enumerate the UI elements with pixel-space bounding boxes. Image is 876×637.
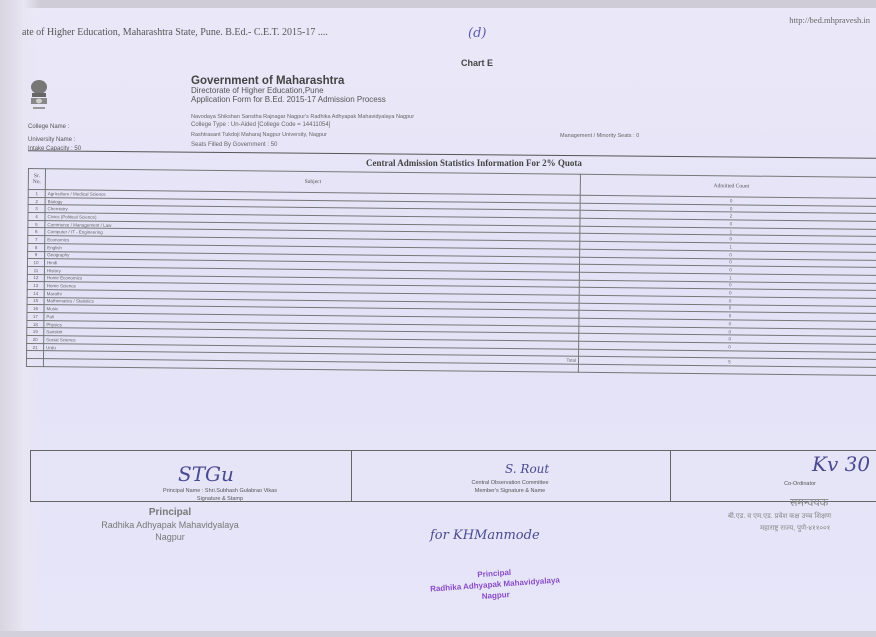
cell-sr: 18 (27, 320, 44, 328)
cell-empty (27, 351, 44, 359)
scan-edge-bottom (0, 631, 876, 637)
coordinator-hindi-line2: महाराष्ट्र राज्य, पुणे-४११००१ (760, 524, 830, 533)
scan-edge (0, 0, 876, 8)
college-name-value: Navodaya Shikshan Sanstha Rajnagar Nagpu… (191, 114, 414, 120)
table-title: Central Admission Statistics Information… (366, 158, 582, 168)
principal-stamp: Principal Radhika Adhyapak Mahavidyalaya… (95, 507, 245, 543)
principal-name: Principal Name : Shri.Subhash Gulabrao V… (100, 488, 340, 494)
cell-sr: 20 (27, 336, 44, 344)
principal-signature: STGu (178, 462, 234, 486)
committee-label: Central Observation Committee (410, 480, 610, 486)
print-header: ate of Higher Education, Maharashtra Sta… (22, 27, 328, 38)
coordinator-label: Co-Ordinator (770, 481, 830, 487)
cell-sr: 14 (27, 289, 44, 297)
application-title: Application Form for B.Ed. 2015-17 Admis… (191, 96, 386, 105)
cell-sr: 9 (28, 251, 45, 259)
coordinator-hindi-title: समन्वयक (790, 495, 828, 510)
cell-sr: 21 (27, 343, 44, 351)
cell-sr: 10 (27, 259, 44, 267)
handwritten-for: for KHManmode (430, 528, 540, 543)
purple-stamp: Principal Radhika Adhyapak Mahavidyalaya… (419, 563, 571, 606)
college-type: College Type : Un-Aided [College Code = … (191, 122, 330, 128)
cell-sr: 8 (28, 243, 45, 251)
state-emblem-icon (28, 78, 50, 116)
university-label: University Name : (28, 137, 75, 143)
gov-subtitle: Directorate of Higher Education,Pune App… (191, 87, 386, 104)
col-sr: Sr. No. (28, 169, 45, 190)
admission-stats-table: Sr. No. Subject Admitted Count 1Agricult… (26, 168, 876, 376)
principal-sign-label: Signature & Stamp (100, 496, 340, 502)
cell-sr: 6 (28, 228, 45, 236)
cell-sr: 1 (28, 190, 45, 198)
cell-sr: 4 (28, 213, 45, 221)
seats-filled: Seats Filled By Government : 50 (191, 142, 277, 148)
cell-sr: 16 (27, 305, 44, 313)
committee-signature: S. Rout (505, 462, 549, 476)
committee-signature-box (351, 450, 671, 502)
committee-sign-label: Member's Signature & Name (410, 488, 610, 494)
scanned-document: ate of Higher Education, Maharashtra Sta… (0, 0, 876, 637)
cell-sr: 13 (27, 282, 44, 290)
cell-sr: 7 (28, 236, 45, 244)
college-name-label: College Name : (28, 124, 69, 130)
cell-sr: 15 (27, 297, 44, 305)
cell-sr: 2 (28, 197, 45, 205)
print-url: http://bed.mhpravesh.in (789, 15, 870, 25)
cell-sr: 11 (27, 266, 44, 274)
coordinator-hindi-line1: बी.एड. व एम.एड. प्रवेश कक्ष उच्च शिक्षण (728, 512, 831, 521)
cell-sr: 5 (28, 220, 45, 228)
cell-sr: 3 (28, 205, 45, 213)
handwritten-mark: (d) (468, 26, 486, 41)
management-seats: Management / Minority Seats : 0 (560, 133, 639, 139)
cell-sr: 19 (27, 328, 44, 336)
cell-sr: 17 (27, 312, 44, 320)
university-value: Rashtrasant Tukdoji Maharaj Nagpur Unive… (191, 132, 327, 138)
chart-label: Chart E (461, 58, 493, 68)
coordinator-signature: Kv 30 (812, 452, 870, 476)
cell-sr: 12 (27, 274, 44, 282)
